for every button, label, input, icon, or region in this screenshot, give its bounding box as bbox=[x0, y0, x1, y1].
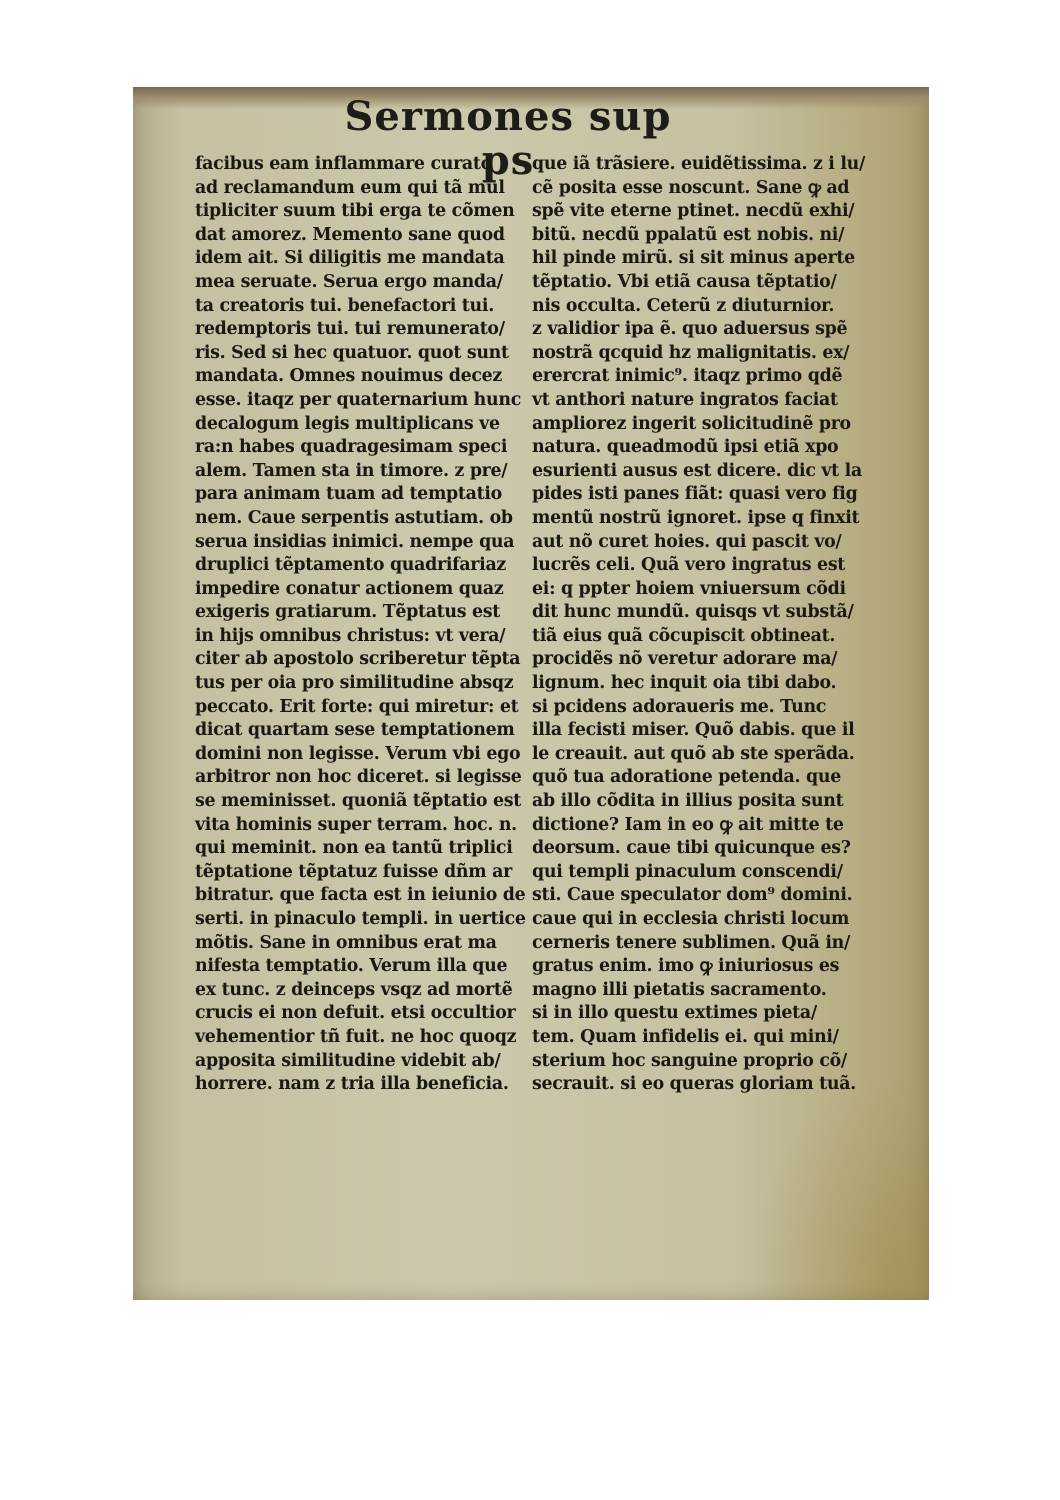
text-line: tem. Quam infidelis ei. qui mini/ bbox=[532, 1026, 877, 1050]
text-line: caue qui in ecclesia christi locum bbox=[532, 908, 877, 932]
text-column-right: que iã trãsiere. euidẽtissima. z i lu/cẽ… bbox=[532, 153, 877, 1097]
text-line: ampliorez ingerit solicitudinẽ pro bbox=[532, 413, 877, 437]
text-line: dicat quartam sese temptationem bbox=[195, 719, 540, 743]
text-line: sti. Caue speculator dom⁹ domini. bbox=[532, 884, 877, 908]
text-line: que iã trãsiere. euidẽtissima. z i lu/ bbox=[532, 153, 877, 177]
text-line: ex tunc. z deinceps vsqz ad mortẽ bbox=[195, 979, 540, 1003]
text-line: facibus eam inflammare curato bbox=[195, 153, 540, 177]
text-line: cẽ posita esse noscunt. Sane ꝙ ad bbox=[532, 177, 877, 201]
text-line: nis occulta. Ceterũ z diuturnior. bbox=[532, 295, 877, 319]
text-line: mentũ nostrũ ignoret. ipse q finxit bbox=[532, 507, 877, 531]
text-line: tipliciter suum tibi erga te cõmen bbox=[195, 200, 540, 224]
text-line: natura. queadmodũ ipsi etiã xpo bbox=[532, 436, 877, 460]
text-line: nifesta temptatio. Verum illa que bbox=[195, 955, 540, 979]
text-line: procidẽs nõ veretur adorare ma/ bbox=[532, 648, 877, 672]
text-line: druplici tẽptamento quadrifariaz bbox=[195, 554, 540, 578]
text-line: in hijs omnibus christus: vt vera/ bbox=[195, 625, 540, 649]
text-line: dat amorez. Memento sane quod bbox=[195, 224, 540, 248]
text-line: esurienti ausus est dicere. dic vt la bbox=[532, 460, 877, 484]
text-line: lignum. hec inquit oia tibi dabo. bbox=[532, 672, 877, 696]
text-line: qui meminit. non ea tantũ triplici bbox=[195, 837, 540, 861]
text-line: ei: q ppter hoiem vniuersum cõdi bbox=[532, 578, 877, 602]
text-line: ab illo cõdita in illius posita sunt bbox=[532, 790, 877, 814]
text-line: serti. in pinaculo templi. in uertice bbox=[195, 908, 540, 932]
text-line: tẽptatione tẽptatuz fuisse dñm ar bbox=[195, 861, 540, 885]
text-line: decalogum legis multiplicans ve bbox=[195, 413, 540, 437]
text-line: nostrã qcquid hz malignitatis. ex/ bbox=[532, 342, 877, 366]
text-line: magno illi pietatis sacramento. bbox=[532, 979, 877, 1003]
text-line: esse. itaqz per quaternarium hunc bbox=[195, 389, 540, 413]
text-line: si pcidens adoraueris me. Tunc bbox=[532, 696, 877, 720]
text-line: bitũ. necdũ ppalatũ est nobis. ni/ bbox=[532, 224, 877, 248]
text-line: erercrat inimic⁹. itaqz primo qdẽ bbox=[532, 365, 877, 389]
text-line: qui templi pinaculum conscendi/ bbox=[532, 861, 877, 885]
text-line: para animam tuam ad temptatio bbox=[195, 483, 540, 507]
text-line: dit hunc mundũ. quisqs vt substã/ bbox=[532, 601, 877, 625]
text-line: dictione? Iam in eo ꝙ ait mitte te bbox=[532, 814, 877, 838]
text-line: vehementior tñ fuit. ne hoc quoqz bbox=[195, 1026, 540, 1050]
text-line: mõtis. Sane in omnibus erat ma bbox=[195, 932, 540, 956]
text-line: peccato. Erit forte: qui miretur: et bbox=[195, 696, 540, 720]
text-line: apposita similitudine videbit ab/ bbox=[195, 1050, 540, 1074]
text-line: tus per oia pro similitudine absqz bbox=[195, 672, 540, 696]
text-line: alem. Tamen sta in timore. z pre/ bbox=[195, 460, 540, 484]
text-line: lucrẽs celi. Quã vero ingratus est bbox=[532, 554, 877, 578]
text-line: ris. Sed si hec quatuor. quot sunt bbox=[195, 342, 540, 366]
text-line: crucis ei non defuit. etsi occultior bbox=[195, 1002, 540, 1026]
text-line: vita hominis super terram. hoc. n. bbox=[195, 814, 540, 838]
text-line: cerneris tenere sublimen. Quã in/ bbox=[532, 932, 877, 956]
paper-stain bbox=[749, 1080, 929, 1300]
manuscript-page: Sermones sup ps facibus eam inflammare c… bbox=[133, 87, 929, 1300]
text-line: mandata. Omnes nouimus decez bbox=[195, 365, 540, 389]
text-line: tiã eius quã cõcupiscit obtineat. bbox=[532, 625, 877, 649]
text-line: tẽptatio. Vbi etiã causa tẽptatio/ bbox=[532, 271, 877, 295]
text-line: ra:n habes quadragesimam speci bbox=[195, 436, 540, 460]
text-line: se meminisset. quoniã tẽptatio est bbox=[195, 790, 540, 814]
text-line: mea seruate. Serua ergo manda/ bbox=[195, 271, 540, 295]
text-line: arbitror non hoc diceret. si legisse bbox=[195, 766, 540, 790]
text-line: serua insidias inimici. nempe qua bbox=[195, 531, 540, 555]
text-line: quõ tua adoratione petenda. que bbox=[532, 766, 877, 790]
text-line: exigeris gratiarum. Tẽptatus est bbox=[195, 601, 540, 625]
text-line: idem ait. Si diligitis me mandata bbox=[195, 247, 540, 271]
text-line: deorsum. caue tibi quicunque es? bbox=[532, 837, 877, 861]
text-line: illa fecisti miser. Quõ dabis. que il bbox=[532, 719, 877, 743]
text-line: impedire conatur actionem quaz bbox=[195, 578, 540, 602]
text-line: spẽ vite eterne ptinet. necdũ exhi/ bbox=[532, 200, 877, 224]
text-line: secrauit. si eo queras gloriam tuã. bbox=[532, 1073, 877, 1097]
text-line: citer ab apostolo scriberetur tẽpta bbox=[195, 648, 540, 672]
text-line: hil pinde mirũ. si sit minus aperte bbox=[532, 247, 877, 271]
text-line: nem. Caue serpentis astutiam. ob bbox=[195, 507, 540, 531]
text-line: redemptoris tui. tui remunerato/ bbox=[195, 318, 540, 342]
text-line: gratus enim. imo ꝙ iniuriosus es bbox=[532, 955, 877, 979]
text-line: ad reclamandum eum qui tã mul bbox=[195, 177, 540, 201]
text-line: pides isti panes fiãt: quasi vero fig bbox=[532, 483, 877, 507]
text-line: bitratur. que facta est in ieiunio de bbox=[195, 884, 540, 908]
text-line: vt anthori nature ingratos faciat bbox=[532, 389, 877, 413]
text-column-left: facibus eam inflammare curatoad reclaman… bbox=[195, 153, 540, 1097]
text-line: sterium hoc sanguine proprio cõ/ bbox=[532, 1050, 877, 1074]
text-line: le creauit. aut quõ ab ste sperãda. bbox=[532, 743, 877, 767]
text-line: z validior ipa ẽ. quo aduersus spẽ bbox=[532, 318, 877, 342]
text-line: si in illo questu extimes pieta/ bbox=[532, 1002, 877, 1026]
text-line: domini non legisse. Verum vbi ego bbox=[195, 743, 540, 767]
text-line: aut nõ curet hoies. qui pascit vo/ bbox=[532, 531, 877, 555]
text-line: horrere. nam z tria illa beneficia. bbox=[195, 1073, 540, 1097]
text-line: ta creatoris tui. benefactori tui. bbox=[195, 295, 540, 319]
